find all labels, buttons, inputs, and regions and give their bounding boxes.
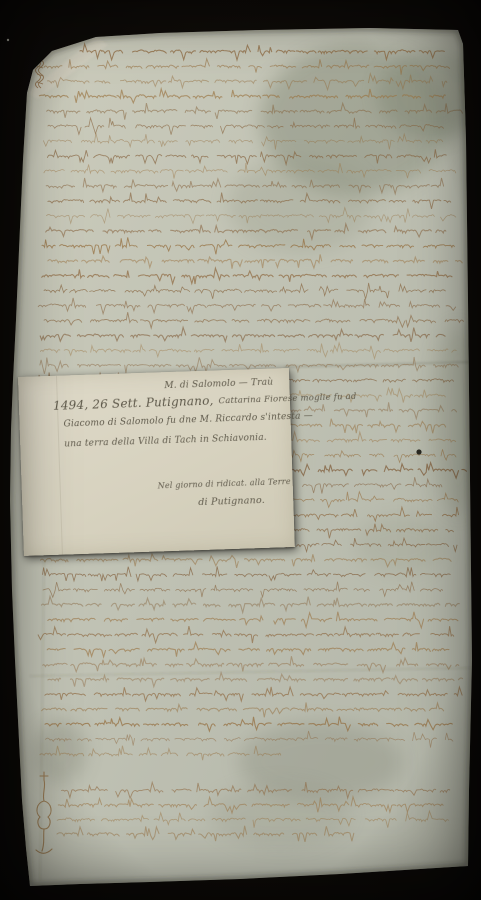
archival-note: M. di Salomolo — Traù 1494, 26 Sett. Put… (18, 368, 295, 556)
note-body-line: una terra della Villa di Tach in Schiavo… (64, 433, 267, 450)
note-date-continuation: Cattarina Fiorese moglie fu ad (218, 392, 356, 407)
photo-backdrop: M. di Salomolo — Traù 1494, 26 Sett. Put… (0, 0, 481, 900)
background-speck (7, 39, 9, 41)
note-body-line: Giacomo di Salomolo fu dne M. Riccardo s… (63, 411, 313, 429)
note-footer-line: Nel giorno di ridicat. alla Terre (158, 477, 291, 490)
note-footer-line: di Putignano. (198, 495, 265, 508)
note-date: 1494, 26 Sett. Putignano, (53, 394, 214, 413)
